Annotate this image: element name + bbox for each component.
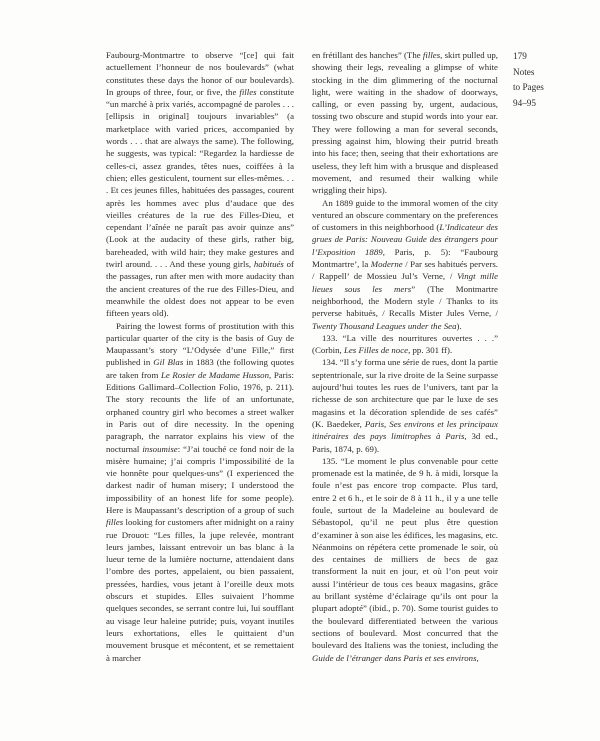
margin-caption-line-2: to Pages xyxy=(513,80,544,96)
margin-note: 179 Notes to Pages 94–95 xyxy=(513,49,544,112)
page-number: 179 xyxy=(513,49,544,65)
paragraph: Pairing the lowest forms of prostitution… xyxy=(106,320,294,664)
paragraph: An 1889 guide to the immoral women of th… xyxy=(312,197,498,332)
paragraph: 133. “La ville des nourritures ouvertes … xyxy=(312,332,498,357)
left-column: Faubourg-Montmartre to observe “[ce] qui… xyxy=(106,49,294,664)
margin-caption-line-3: 94–95 xyxy=(513,96,544,112)
book-page: Faubourg-Montmartre to observe “[ce] qui… xyxy=(0,0,600,741)
margin-caption-line-1: Notes xyxy=(513,65,544,81)
paragraph: 135. “Le moment le plus convenable pour … xyxy=(312,455,498,664)
right-column: en frétillant des hanches” (The filles, … xyxy=(312,49,498,664)
paragraph: 134. “Il s’y forma une série de rues, do… xyxy=(312,356,498,454)
paragraph: en frétillant des hanches” (The filles, … xyxy=(312,49,498,197)
paragraph: Faubourg-Montmartre to observe “[ce] qui… xyxy=(106,49,294,320)
